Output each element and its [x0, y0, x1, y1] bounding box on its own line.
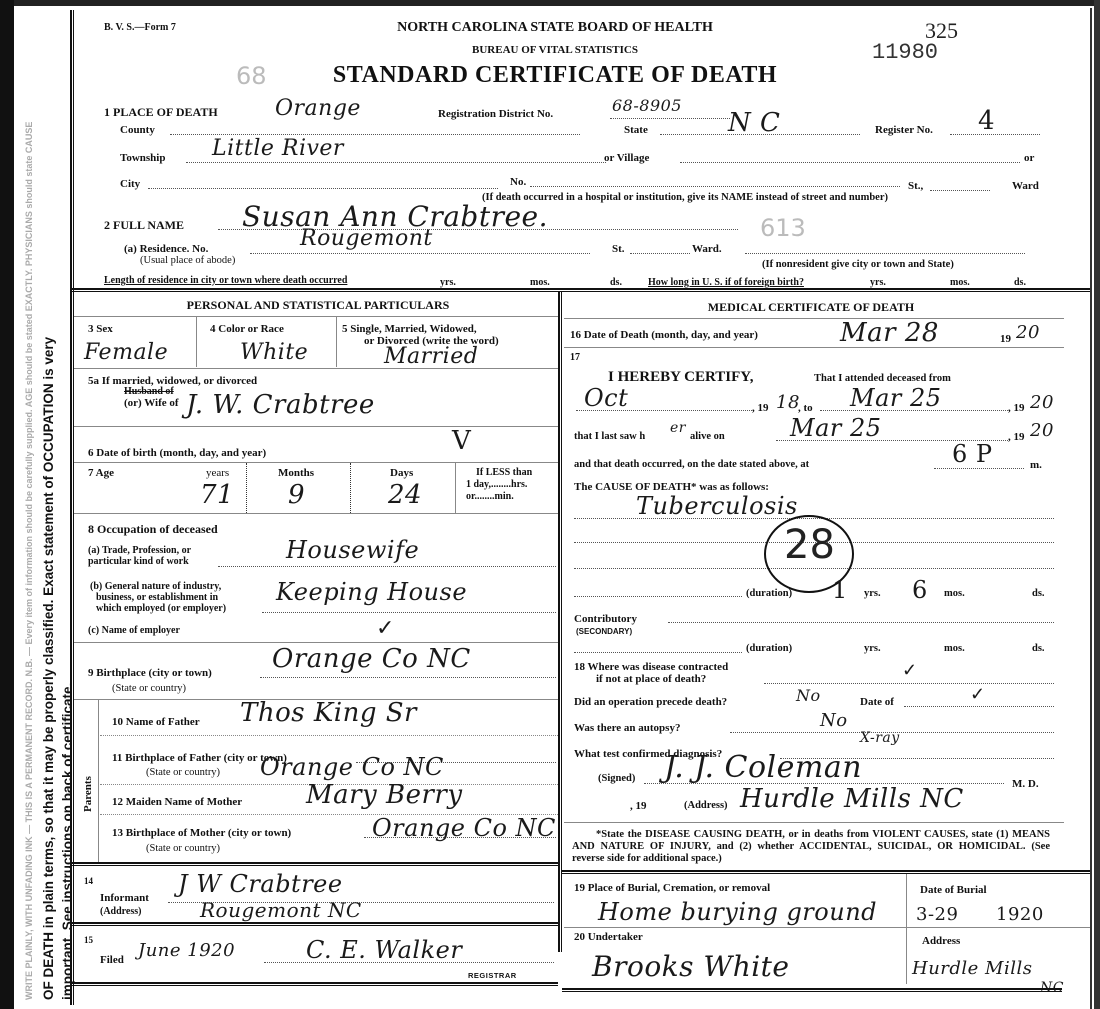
- state-label: State: [624, 124, 648, 136]
- father-value: Thos King Sr: [240, 698, 417, 728]
- signed-date-prefix: , 19: [630, 800, 647, 812]
- rule: [100, 735, 558, 736]
- contracted-value: ✓: [902, 660, 918, 681]
- physician-address-value: Hurdle Mills NC: [740, 784, 964, 814]
- margin-note-line-2: OF DEATH in plain terms, so that it may …: [41, 337, 56, 1000]
- duration-prefix-line: [574, 596, 742, 597]
- street-line: [530, 186, 900, 187]
- birthplace-label: 9 Birthplace (city or town): [88, 667, 212, 679]
- race-value: White: [240, 340, 308, 365]
- registrar-signature: C. E. Walker: [306, 936, 462, 964]
- bottom-rule-right: [562, 988, 1062, 992]
- registration-district-line: [610, 118, 730, 119]
- contributory-mos-label: mos.: [944, 643, 965, 654]
- birthplace-value: Orange Co NC: [272, 644, 471, 674]
- contracted-label-2: if not at place of death?: [596, 673, 706, 685]
- rule: [196, 317, 197, 367]
- certificate-title: STANDARD CERTIFICATE OF DEATH: [290, 62, 820, 89]
- contracted-line: [764, 683, 1054, 684]
- duration-years-value: 1: [832, 576, 848, 604]
- file-number-overwrite: 325: [925, 18, 958, 44]
- father-label: 10 Name of Father: [112, 716, 200, 728]
- attended-from-value: Oct: [584, 384, 628, 412]
- time-of-death-value: 6 P: [952, 440, 993, 468]
- residence-ds: ds.: [610, 277, 622, 288]
- residence-st-label: St.: [612, 243, 625, 255]
- informant-number: 14: [84, 876, 93, 886]
- duration-ds-label: ds.: [1032, 588, 1045, 599]
- time-of-death-label: and that death occurred, on the date sta…: [574, 459, 809, 470]
- contracted-label-1: 18 Where was disease contracted: [574, 661, 728, 673]
- operation-date-value: ✓: [970, 684, 986, 705]
- age-months-value: 9: [288, 480, 305, 510]
- last-saw-label-1: that I last saw h: [574, 431, 645, 442]
- header-divider: [72, 288, 1090, 292]
- from-year-prefix: , 19: [752, 402, 769, 414]
- age-years-label: years: [206, 467, 229, 479]
- residence-line: [250, 253, 590, 254]
- burial-date-label: Date of Burial: [920, 884, 987, 896]
- md-label: M. D.: [1012, 778, 1039, 790]
- foreign-birth-label: How long in U. S. if of foreign birth?: [648, 277, 804, 288]
- informant-label: Informant: [100, 892, 149, 904]
- rule: [906, 874, 907, 984]
- age-years-value: 71: [200, 480, 234, 510]
- cause-footnote: *State the DISEASE CAUSING DEATH, or in …: [572, 829, 1050, 865]
- rule: [74, 513, 558, 514]
- filed-number: 15: [84, 935, 93, 945]
- occupation-label: 8 Occupation of deceased: [88, 522, 218, 537]
- filed-date-value: June 1920: [138, 940, 235, 961]
- age-label: 7 Age: [88, 467, 114, 479]
- city-no-label: No.: [510, 176, 526, 188]
- rule: [74, 642, 558, 643]
- undertaker-label: 20 Undertaker: [574, 931, 643, 943]
- father-birthplace-sub-label: (State or country): [146, 767, 220, 778]
- form-right-border: [1090, 8, 1092, 1009]
- operation-label: Did an operation precede death?: [574, 696, 727, 708]
- nonresident-note: (If nonresident give city or town and St…: [762, 259, 954, 270]
- trade-label-2: particular kind of work: [88, 556, 189, 567]
- burial-date-value: 3-29: [916, 904, 958, 925]
- burial-place-label: 19 Place of Burial, Cremation, or remova…: [574, 882, 770, 894]
- secondary-label: (SECONDARY): [576, 627, 632, 636]
- contributory-ds-label: ds.: [1032, 643, 1045, 654]
- birthplace-sub-label: (State or country): [112, 683, 186, 694]
- date-of-death-label: 16 Date of Death (month, day, and year): [570, 329, 758, 341]
- bottom-rule-left: [72, 982, 558, 986]
- township-label: Township: [120, 152, 165, 164]
- contributory-yrs-label: yrs.: [864, 643, 881, 654]
- contributory-line: [668, 622, 1054, 623]
- spouse-label-2: Husband of: [124, 386, 174, 397]
- age-months-label: Months: [278, 467, 314, 479]
- or-village-label: or Village: [604, 152, 649, 164]
- filed-label: Filed: [100, 954, 124, 966]
- form-left-border: [70, 10, 74, 1005]
- certify-heading: I HEREBY CERTIFY,: [608, 369, 753, 386]
- residence-label: (a) Residence. No.: [124, 243, 208, 255]
- burial-date-year: 1920: [996, 904, 1044, 925]
- rule: [336, 317, 337, 367]
- contributory-duration-label: (duration): [746, 643, 792, 654]
- city-label: City: [120, 178, 140, 190]
- margin-note-faint: WRITE PLAINLY, WITH UNFADING INK — THIS …: [24, 122, 34, 1000]
- duration-label: (duration): [746, 588, 792, 599]
- ward-line: [930, 190, 990, 191]
- parents-label: Parents: [82, 776, 94, 812]
- burial-place-value: Home burying ground: [598, 898, 877, 926]
- registrar-label: REGISTRAR: [468, 971, 517, 980]
- last-saw-pronoun: er: [670, 420, 686, 436]
- undertaker-address-value: Hurdle Mills: [912, 958, 1033, 979]
- register-no-value: 4: [978, 106, 995, 136]
- age-days-value: 24: [388, 480, 422, 510]
- mother-birthplace-value: Orange Co NC: [372, 814, 556, 842]
- county-line: [170, 134, 580, 135]
- spouse-value: J. W. Crabtree: [186, 390, 375, 420]
- mother-label: 12 Maiden Name of Mother: [112, 796, 242, 808]
- scan-top-edge: [0, 0, 1100, 6]
- informant-top-rule: [72, 862, 558, 866]
- operation-date-line: [904, 706, 1054, 707]
- contributory-duration-prefix-line: [574, 652, 742, 653]
- employer-value: ✓: [376, 616, 395, 641]
- operation-value: No: [796, 686, 821, 705]
- township-value: Little River: [212, 136, 344, 161]
- father-birthplace-value: Orange Co NC: [260, 753, 444, 781]
- sex-label: 3 Sex: [88, 323, 113, 335]
- spouse-label-3: (or) Wife of: [124, 397, 179, 409]
- city-ward-label: Ward: [1012, 180, 1039, 192]
- mother-value: Mary Berry: [306, 780, 463, 810]
- birthplace-line: [260, 677, 556, 678]
- scan-left-edge: [0, 0, 14, 1009]
- rule: [564, 318, 1064, 319]
- cause-code-value: 28: [784, 522, 835, 568]
- residence-yrs: yrs.: [440, 277, 456, 288]
- scan-right-edge: [1094, 0, 1100, 1009]
- full-name-label: 2 FULL NAME: [104, 218, 184, 233]
- mother-birthplace-sub-label: (State or country): [146, 843, 220, 854]
- to-year-value: 20: [1030, 392, 1054, 413]
- operation-date-label: Date of: [860, 696, 894, 708]
- pencil-number-top: 68: [236, 62, 267, 90]
- length-of-residence-label: Length of residence in city or town wher…: [104, 275, 347, 286]
- to-year-prefix: , 19: [1008, 402, 1025, 414]
- registration-district-value: 68-8905: [612, 96, 682, 115]
- cause-of-death-value: Tuberculosis: [636, 492, 798, 520]
- date-of-death-value: Mar 28: [840, 318, 939, 348]
- rule: [74, 368, 558, 369]
- time-of-death-line: [934, 468, 1024, 469]
- industry-label-2: business, or establishment in: [96, 592, 218, 603]
- undertaker-value: Brooks White: [592, 950, 790, 983]
- duration-mos-label: mos.: [944, 588, 965, 599]
- state-value: N C: [728, 108, 780, 138]
- contributory-label: Contributory: [574, 613, 637, 625]
- duration-months-value: 6: [912, 576, 928, 604]
- duration-yrs-label: yrs.: [864, 588, 881, 599]
- time-of-death-suffix: m.: [1030, 459, 1042, 471]
- trade-value: Housewife: [286, 536, 419, 564]
- informant-address-label: (Address): [100, 906, 141, 917]
- bureau-name: BUREAU OF VITAL STATISTICS: [330, 44, 780, 56]
- rule: [564, 822, 1064, 823]
- age-days-label: Days: [390, 467, 413, 479]
- county-value: Orange: [275, 96, 361, 121]
- date-of-death-year: 20: [1016, 322, 1040, 343]
- last-saw-value: Mar 25: [790, 414, 882, 442]
- to-label: , to: [798, 402, 813, 414]
- village-line: [680, 162, 1020, 163]
- foreign-mos: mos.: [950, 277, 970, 288]
- employer-label: (c) Name of employer: [88, 625, 180, 636]
- marital-value: Married: [384, 344, 478, 369]
- signed-label: (Signed): [598, 773, 635, 784]
- sex-value: Female: [84, 340, 168, 365]
- less-label-2: 1 day,........hrs.: [466, 479, 527, 490]
- certify-text: That I attended deceased from: [814, 373, 951, 384]
- from-year-value: 18: [776, 392, 800, 413]
- rule: [74, 426, 558, 427]
- rule: [246, 463, 247, 513]
- or-label: or: [1024, 152, 1034, 164]
- informant-value: J W Crabtree: [178, 870, 343, 898]
- residence-value: Rougemont: [300, 226, 433, 251]
- dob-checkmark: V: [452, 426, 471, 456]
- rule: [74, 316, 558, 317]
- autopsy-value: No: [820, 710, 848, 731]
- column-divider: [558, 292, 562, 952]
- industry-label-1: (b) General nature of industry,: [90, 581, 221, 592]
- industry-label-3: which employed (or employer): [96, 603, 226, 614]
- registration-district-label: Registration District No.: [438, 108, 553, 120]
- undertaker-address-label: Address: [922, 935, 960, 947]
- less-label-1: If LESS than: [476, 467, 532, 478]
- residence-ward-label: Ward.: [692, 243, 722, 255]
- foreign-ds: ds.: [1014, 277, 1026, 288]
- marital-label-1: 5 Single, Married, Widowed,: [342, 323, 477, 335]
- residence-sub-label: (Usual place of abode): [140, 255, 235, 266]
- trade-line: [218, 566, 556, 567]
- register-no-label: Register No.: [875, 124, 933, 136]
- race-label: 4 Color or Race: [210, 323, 284, 335]
- township-line: [186, 162, 606, 163]
- rule: [350, 463, 351, 513]
- last-year-value: 20: [1030, 420, 1054, 441]
- board-name: NORTH CAROLINA STATE BOARD OF HEALTH: [330, 20, 780, 36]
- burial-top-rule: [562, 870, 1090, 874]
- filed-top-rule: [72, 922, 558, 926]
- rule: [564, 927, 1090, 928]
- place-of-death-label: 1 PLACE OF DEATH: [104, 105, 218, 120]
- test-value: X-ray: [860, 730, 900, 746]
- residence-mos: mos.: [530, 277, 550, 288]
- autopsy-label: Was there an autopsy?: [574, 722, 680, 734]
- attended-to-value: Mar 25: [850, 384, 942, 412]
- rule: [74, 462, 558, 463]
- pencil-number-name: 613: [760, 214, 806, 242]
- rule: [455, 463, 456, 513]
- personal-section-title: PERSONAL AND STATISTICAL PARTICULARS: [80, 298, 556, 313]
- rule: [564, 347, 1064, 348]
- trade-label-1: (a) Trade, Profession, or: [88, 545, 191, 556]
- last-year-prefix: , 19: [1008, 431, 1025, 443]
- physician-signature: J. J. Coleman: [664, 750, 862, 785]
- informant-address-value: Rougemont NC: [200, 898, 362, 922]
- city-st-label: St.,: [908, 180, 923, 192]
- foreign-yrs: yrs.: [870, 277, 886, 288]
- item-17-number: 17: [570, 352, 580, 363]
- form-id: B. V. S.—Form 7: [104, 22, 176, 33]
- date-of-death-year-prefix: 19: [1000, 333, 1011, 345]
- medical-section-title: MEDICAL CERTIFICATE OF DEATH: [566, 300, 1056, 315]
- residence-ward-line: [630, 253, 690, 254]
- county-label: County: [120, 124, 155, 136]
- dob-label: 6 Date of birth (month, day, and year): [88, 447, 266, 459]
- margin-instructions: WRITE PLAINLY, WITH UNFADING INK — THIS …: [14, 0, 74, 1009]
- mother-birthplace-label: 13 Birthplace of Mother (city or town): [112, 827, 291, 839]
- less-label-3: or........min.: [466, 491, 514, 502]
- city-line: [148, 188, 498, 189]
- industry-line: [262, 612, 556, 613]
- nonresident-line: [745, 253, 1025, 254]
- physician-address-label: (Address): [684, 800, 728, 811]
- industry-value: Keeping House: [276, 578, 467, 606]
- last-saw-label-2: alive on: [690, 431, 725, 442]
- rule: [98, 700, 99, 862]
